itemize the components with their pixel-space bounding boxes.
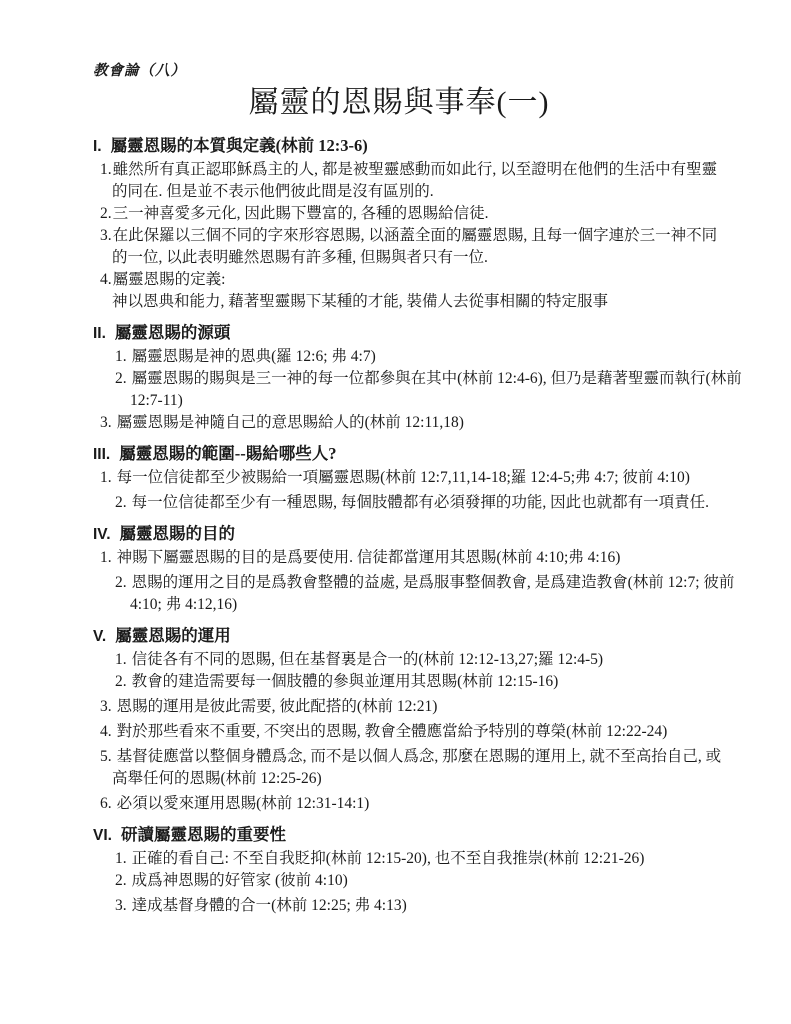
item-number: 1. xyxy=(100,549,112,566)
list-item: 2.屬靈恩賜的賜與是三一神的每一位都參與在其中(林前 12:4-6), 但乃是藉… xyxy=(93,368,742,412)
item-number: 1. xyxy=(115,651,127,668)
item-text: 屬靈恩賜是神隨自己的意思賜給人的(林前 12:11,18) xyxy=(117,414,464,431)
item-number: 1. xyxy=(115,850,127,867)
section-1-title: 屬靈恩賜的本質與定義(林前 12:3-6) xyxy=(111,136,368,155)
list-item: 1.雖然所有真正認耶穌爲主的人, 都是被聖靈感動而如此行, 以至證明在他們的生活… xyxy=(93,159,724,203)
item-text: 達成基督身體的合一(林前 12:25; 弗 4:13) xyxy=(132,897,407,914)
section-3: III.屬靈恩賜的範圍--賜給哪些人? 1.每一位信徒都至少被賜給一項屬靈恩賜(… xyxy=(93,442,707,514)
item-text: 必須以愛來運用恩賜(林前 12:31-14:1) xyxy=(117,795,370,812)
item-text: 教會的建造需要每一個肢體的參與並運用其恩賜(林前 12:15-16) xyxy=(132,673,559,690)
item-text: 在此保羅以三個不同的字來形容恩賜, 以涵蓋全面的屬靈恩賜, 且每一個字連於三一神… xyxy=(112,227,717,266)
item-text: 神賜下屬靈恩賜的目的是爲要使用. 信徒都當運用其恩賜(林前 4:10;弗 4:1… xyxy=(117,549,621,566)
list-item: 5.基督徒應當以整個身體爲念, 而不是以個人爲念, 那麼在恩賜的運用上, 就不至… xyxy=(93,746,724,790)
header-note: 教會論（八） xyxy=(93,62,707,80)
document-page: 教會論（八） 屬靈的恩賜與事奉(一) I.屬靈恩賜的本質與定義(林前 12:3-… xyxy=(0,0,791,1024)
section-3-title: 屬靈恩賜的範圍--賜給哪些人? xyxy=(119,444,336,463)
item-text: 屬靈恩賜的賜與是三一神的每一位都參與在其中(林前 12:4-6), 但乃是藉著聖… xyxy=(130,370,742,409)
item-number: 4. xyxy=(100,723,112,740)
item-text: 正確的看自己: 不至自我貶抑(林前 12:15-20), 也不至自我推崇(林前 … xyxy=(132,850,645,867)
section-6-numeral: VI. xyxy=(93,827,112,844)
item-number: 1. xyxy=(115,348,127,365)
item-number: 3. xyxy=(100,227,112,244)
item-number: 2. xyxy=(115,574,127,591)
list-item: 1.屬靈恩賜是神的恩典(羅 12:6; 弗 4:7) xyxy=(93,346,742,368)
list-item: 1.信徒各有不同的恩賜, 但在基督裏是合一的(林前 12:12-13,27;羅 … xyxy=(93,649,742,671)
item-text: 屬靈恩賜是神的恩典(羅 12:6; 弗 4:7) xyxy=(132,348,376,365)
item-number: 2. xyxy=(115,673,127,690)
section-2: II.屬靈恩賜的源頭 1.屬靈恩賜是神的恩典(羅 12:6; 弗 4:7) 2.… xyxy=(93,321,707,434)
list-item: 1.神賜下屬靈恩賜的目的是爲要使用. 信徒都當運用其恩賜(林前 4:10;弗 4… xyxy=(93,547,724,569)
section-4-heading: IV.屬靈恩賜的目的 xyxy=(93,522,707,546)
list-item: 4.屬靈恩賜的定義: xyxy=(93,269,724,291)
item-number: 6. xyxy=(100,795,112,812)
item-text: 三一神喜愛多元化, 因此賜下豐富的, 各種的恩賜給信徒. xyxy=(113,205,489,222)
section-1-numeral: I. xyxy=(93,138,102,155)
item-text: 屬靈恩賜的定義: xyxy=(113,271,226,288)
item-number: 3. xyxy=(100,698,112,715)
section-2-title: 屬靈恩賜的源頭 xyxy=(115,323,231,342)
section-4: IV.屬靈恩賜的目的 1.神賜下屬靈恩賜的目的是爲要使用. 信徒都當運用其恩賜(… xyxy=(93,522,707,616)
item-text: 成爲神恩賜的好管家 (彼前 4:10) xyxy=(132,872,348,889)
item-text: 每一位信徒都至少被賜給一項屬靈恩賜(林前 12:7,11,14-18;羅 12:… xyxy=(117,469,690,486)
list-item: 2.三一神喜愛多元化, 因此賜下豐富的, 各種的恩賜給信徒. xyxy=(93,203,724,225)
list-item: 1.正確的看自己: 不至自我貶抑(林前 12:15-20), 也不至自我推崇(林… xyxy=(93,848,742,870)
section-2-numeral: II. xyxy=(93,325,106,342)
list-item: 3.達成基督身體的合一(林前 12:25; 弗 4:13) xyxy=(93,895,742,917)
section-5-heading: V.屬靈恩賜的運用 xyxy=(93,624,707,648)
item-number: 2. xyxy=(115,370,127,387)
item-number: 3. xyxy=(100,414,112,431)
item-number: 1. xyxy=(100,161,112,178)
section-5-title: 屬靈恩賜的運用 xyxy=(115,626,231,645)
item-number: 2. xyxy=(115,494,127,511)
list-item: 6.必須以愛來運用恩賜(林前 12:31-14:1) xyxy=(93,793,724,815)
list-item: 2.每一位信徒都至少有一種恩賜, 每個肢體都有必須發揮的功能, 因此也就都有一項… xyxy=(93,492,742,514)
section-6-heading: VI.研讀屬靈恩賜的重要性 xyxy=(93,823,707,847)
item-text: 對於那些看來不重要, 不突出的恩賜, 教會全體應當給予特別的尊榮(林前 12:2… xyxy=(117,723,668,740)
section-3-heading: III.屬靈恩賜的範圍--賜給哪些人? xyxy=(93,442,707,466)
item-number: 1. xyxy=(100,469,112,486)
item-number: 2. xyxy=(100,205,112,222)
list-item: 4.對於那些看來不重要, 不突出的恩賜, 教會全體應當給予特別的尊榮(林前 12… xyxy=(93,721,724,743)
item-text: 雖然所有真正認耶穌爲主的人, 都是被聖靈感動而如此行, 以至證明在他們的生活中有… xyxy=(112,161,717,200)
section-1-heading: I.屬靈恩賜的本質與定義(林前 12:3-6) xyxy=(93,134,707,158)
item-number: 5. xyxy=(100,748,112,765)
list-item: 2.成爲神恩賜的好管家 (彼前 4:10) xyxy=(93,870,742,892)
section-4-numeral: IV. xyxy=(93,526,111,543)
item-text: 恩賜的運用之目的是爲教會整體的益處, 是爲服事整個教會, 是爲建造教會(林前 1… xyxy=(130,574,734,613)
definition-text: 神以恩典和能力, 藉著聖靈賜下某種的才能, 裝備人去從事相關的特定服事 xyxy=(93,291,712,313)
item-text: 信徒各有不同的恩賜, 但在基督裏是合一的(林前 12:12-13,27;羅 12… xyxy=(132,651,603,668)
page-title: 屬靈的恩賜與事奉(一) xyxy=(93,84,705,122)
list-item: 2.恩賜的運用之目的是爲教會整體的益處, 是爲服事整個教會, 是爲建造教會(林前… xyxy=(93,572,742,616)
list-item: 3.在此保羅以三個不同的字來形容恩賜, 以涵蓋全面的屬靈恩賜, 且每一個字連於三… xyxy=(93,225,724,269)
section-6: VI.研讀屬靈恩賜的重要性 1.正確的看自己: 不至自我貶抑(林前 12:15-… xyxy=(93,823,707,917)
section-5-numeral: V. xyxy=(93,628,106,645)
section-6-title: 研讀屬靈恩賜的重要性 xyxy=(121,825,286,844)
section-5: V.屬靈恩賜的運用 1.信徒各有不同的恩賜, 但在基督裏是合一的(林前 12:1… xyxy=(93,624,707,815)
item-text: 恩賜的運用是彼此需要, 彼此配搭的(林前 12:21) xyxy=(117,698,438,715)
list-item: 2.教會的建造需要每一個肢體的參與並運用其恩賜(林前 12:15-16) xyxy=(93,671,742,693)
item-number: 4. xyxy=(100,271,112,288)
list-item: 1.每一位信徒都至少被賜給一項屬靈恩賜(林前 12:7,11,14-18;羅 1… xyxy=(93,467,724,489)
list-item: 3.恩賜的運用是彼此需要, 彼此配搭的(林前 12:21) xyxy=(93,696,724,718)
section-2-heading: II.屬靈恩賜的源頭 xyxy=(93,321,707,345)
item-number: 2. xyxy=(115,872,127,889)
item-text: 基督徒應當以整個身體爲念, 而不是以個人爲念, 那麼在恩賜的運用上, 就不至高抬… xyxy=(112,748,721,787)
section-3-numeral: III. xyxy=(93,446,110,463)
list-item: 3.屬靈恩賜是神隨自己的意思賜給人的(林前 12:11,18) xyxy=(93,412,724,434)
item-number: 3. xyxy=(115,897,127,914)
item-text: 每一位信徒都至少有一種恩賜, 每個肢體都有必須發揮的功能, 因此也就都有一項責任… xyxy=(132,494,709,511)
section-1: I.屬靈恩賜的本質與定義(林前 12:3-6) 1.雖然所有真正認耶穌爲主的人,… xyxy=(93,134,707,313)
section-4-title: 屬靈恩賜的目的 xyxy=(120,524,236,543)
